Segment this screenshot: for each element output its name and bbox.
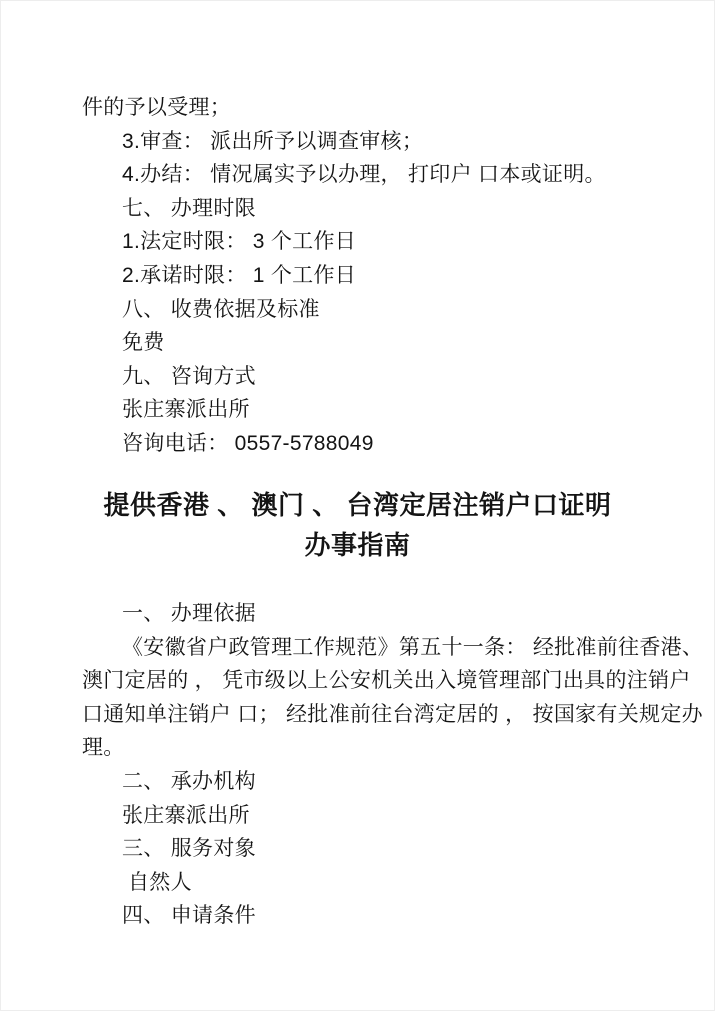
doc-section-heading: 二、 承办机构 bbox=[122, 769, 256, 794]
guide-title-line-1: 提供香港 、 澳门 、 台湾定居注销户口证明 bbox=[0, 485, 715, 525]
doc-line: 4.办结： 情况属实予以办理， 打印户 口本或证明。 bbox=[122, 162, 606, 187]
guide-title-line-2: 办事指南 bbox=[0, 525, 715, 565]
doc-section-heading: 三、 服务对象 bbox=[122, 836, 256, 861]
doc-section-heading: 一、 办理依据 bbox=[122, 601, 256, 626]
doc-line: 咨询电话： 0557-5788049 bbox=[122, 431, 374, 456]
doc-line: 免费 bbox=[122, 330, 165, 355]
doc-section-heading: 八、 收费依据及标准 bbox=[122, 297, 320, 322]
doc-line: 件的予以受理； bbox=[82, 95, 231, 120]
doc-line: 1.法定时限： 3 个工作日 bbox=[122, 229, 356, 254]
doc-line: 张庄寨派出所 bbox=[122, 803, 250, 828]
document-page: 件的予以受理； 3.审查： 派出所予以调查审核； 4.办结： 情况属实予以办理，… bbox=[0, 0, 715, 1011]
guide-title: 提供香港 、 澳门 、 台湾定居注销户口证明 办事指南 bbox=[0, 485, 715, 565]
doc-line: 澳门定居的 ， 凭市级以上公安机关出入境管理部门出具的注销户 bbox=[82, 668, 691, 693]
doc-line: 2.承诺时限： 1 个工作日 bbox=[122, 263, 356, 288]
doc-line: 口通知单注销户 口； 经批准前往台湾定居的 ， 按国家有关规定办 bbox=[82, 702, 703, 727]
doc-line: 自然人 bbox=[128, 870, 192, 895]
doc-section-heading: 七、 办理时限 bbox=[122, 196, 256, 221]
doc-line: 3.审查： 派出所予以调查审核； bbox=[122, 129, 423, 154]
doc-line: 理。 bbox=[82, 735, 125, 760]
doc-line: 张庄寨派出所 bbox=[122, 397, 250, 422]
doc-section-heading: 四、 申请条件 bbox=[122, 903, 256, 928]
doc-section-heading: 九、 咨询方式 bbox=[122, 364, 256, 389]
doc-line: 《安徽省户政管理工作规范》第五十一条： 经批准前往香港、 bbox=[122, 635, 703, 660]
